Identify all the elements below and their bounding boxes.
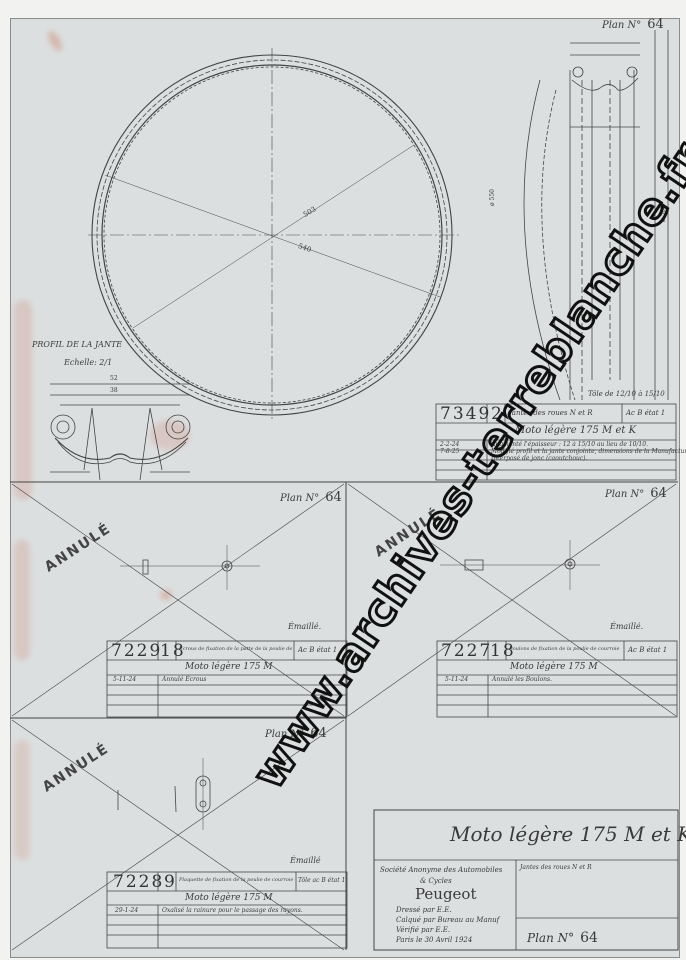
model-title: Moto légère 175 M et K <box>450 822 686 846</box>
plan-number: 64 <box>325 490 342 505</box>
title-plan-number: Plan N°64 <box>527 930 598 946</box>
part-note: Jantes des roues N et R <box>520 864 592 871</box>
part-description: Boulons de fixation de la poulie de cour… <box>509 646 622 652</box>
part-number: 7229 <box>111 641 162 661</box>
brand-name: Peugeot <box>415 885 477 903</box>
checked-by: Vérifié par E.E. <box>396 926 450 934</box>
plan-label: Plan N° <box>280 493 319 504</box>
panel-plan-number: Plan N°64 <box>280 490 342 505</box>
finish-note: Émaillé. <box>288 622 321 631</box>
part-description: Plaquette de fixation de la poulie de co… <box>179 877 294 883</box>
plan-number: 64 <box>650 486 667 501</box>
profile-scale: Echelle: 2/1 <box>64 358 112 367</box>
drawn-by: Dressé par E.E. <box>396 906 452 914</box>
entry-date: 5-11-24 <box>445 676 468 683</box>
plan-label: Plan N° <box>602 20 641 31</box>
panel-plan-number: Plan N°64 <box>605 486 667 501</box>
traced-by: Calqué par Bureau au Manuf <box>396 916 499 924</box>
part-number: 7227 <box>441 641 492 661</box>
revision-entry-date: 2-2-24 <box>440 441 459 448</box>
part-spec: Ac B état 1 <box>628 646 667 654</box>
entry-text: Annulé Écrous <box>162 676 206 683</box>
profile-dim-52: 52 <box>110 375 118 382</box>
profile-dim-38: 38 <box>110 387 118 394</box>
part-description: Écrous de fixation de la patte de la pou… <box>179 646 292 652</box>
dim-left-diameter: ø 550 <box>489 189 496 206</box>
entry-text: Annulé les Boulons. <box>492 676 552 683</box>
plan-label: Plan N° <box>605 489 644 500</box>
company-line-2: & Cycles <box>420 877 452 885</box>
part-spec: Tôle ac B état 1 <box>298 877 345 884</box>
part-model: Moto légère 175 M <box>185 893 273 903</box>
entry-text: Oxalisé la rainure pour le passage des r… <box>162 907 303 914</box>
drawing-date: Paris le 30 Avril 1924 <box>396 936 472 944</box>
plan-number-header: Plan N°64 <box>602 17 664 32</box>
technical-drawing-lines <box>0 0 686 960</box>
company-line-1: Société Anonyme des Automobiles <box>380 866 502 874</box>
part-model: Moto légère 175 M <box>510 662 598 672</box>
finish-note: Émaillé. <box>610 622 643 631</box>
entry-date: 5-11-24 <box>113 676 136 683</box>
part-index: 9 <box>164 872 177 892</box>
profile-title: PROFIL DE LA JANTE <box>32 340 122 349</box>
part-number: 7228 <box>113 872 164 892</box>
entry-date: 29-1-24 <box>115 907 138 914</box>
material-note: Tôle de 12/10 à 15/10 <box>588 390 665 398</box>
part-model: Moto légère 175 M <box>185 662 273 672</box>
plan-number: 64 <box>580 930 598 946</box>
plan-number: 64 <box>647 17 664 32</box>
revision-spec: Ac B état 1 <box>626 409 665 417</box>
plan-label: Plan N° <box>527 931 574 945</box>
finish-note: Émaillé <box>290 856 321 865</box>
